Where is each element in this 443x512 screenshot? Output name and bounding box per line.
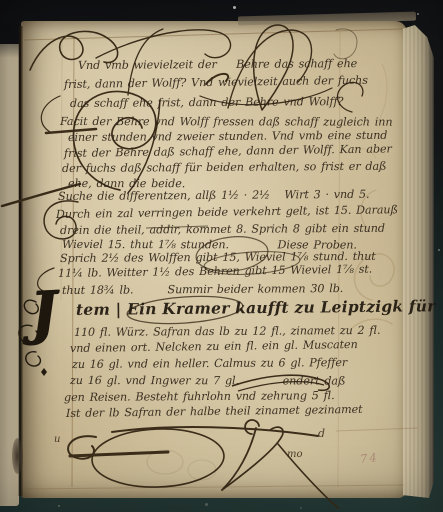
dust-speck (417, 13, 419, 15)
text-line: Vnd vmb wievielzeit der Behre das schaff… (78, 57, 357, 72)
text-line: einer stunden vnd zweier stunden. Vnd vm… (68, 129, 387, 144)
gutter-crease (18, 26, 23, 496)
initial-letter-J: J (29, 283, 59, 341)
text-line: 110 fl. Würz. Safran das lb zu 12 fl., z… (74, 324, 380, 339)
text-line: Suche die differentzen, allß 1½ · 2½ Wir… (58, 188, 370, 203)
book-fore-edge (403, 25, 434, 498)
gutter-shadow (0, 24, 19, 58)
text-line: drein die theil, addir, kommet 8. Sprich… (60, 222, 385, 237)
dust-speck (438, 249, 440, 251)
text-line: zu 16 gl. vnd Ingwer zu 7 gl. endert daß (70, 374, 345, 387)
paragraph-heading: tem | Ein Kramer kaufft zu Leiptzigk für (76, 296, 436, 319)
manuscript-photo: Vnd vmb wievielzeit der Behre das schaff… (0, 0, 443, 512)
margin-mark-d: d (318, 427, 325, 440)
margin-mark-u: u (54, 434, 60, 445)
folio-number: 74 (359, 450, 379, 466)
margin-mark-mo: mo (287, 449, 303, 460)
text-line: thut 18¾ lb. Summir beider kommen 30 lb. (62, 282, 343, 297)
dust-speck (233, 6, 236, 9)
text-line: Facit der Behre vnd Wolff fressen daß sc… (60, 115, 392, 129)
facing-page-edge (0, 44, 19, 506)
dust-speck (300, 507, 302, 509)
text-line: ehe, dann die beide. (68, 177, 185, 190)
text-line: gen Reisen. Besteht fuhrlohn vnd zehrung… (64, 389, 335, 404)
dust-speck (205, 503, 208, 506)
dust-speck (58, 505, 60, 507)
text-line: der fuchs daß schaff für beiden erhalten… (62, 160, 387, 175)
text-line: zu 16 gl. vnd ein heller. Calmus zu 6 gl… (72, 356, 347, 371)
text-line: das schaff ehe frist, dann der Behre vnd… (70, 95, 343, 110)
gutter-stain (12, 438, 23, 474)
